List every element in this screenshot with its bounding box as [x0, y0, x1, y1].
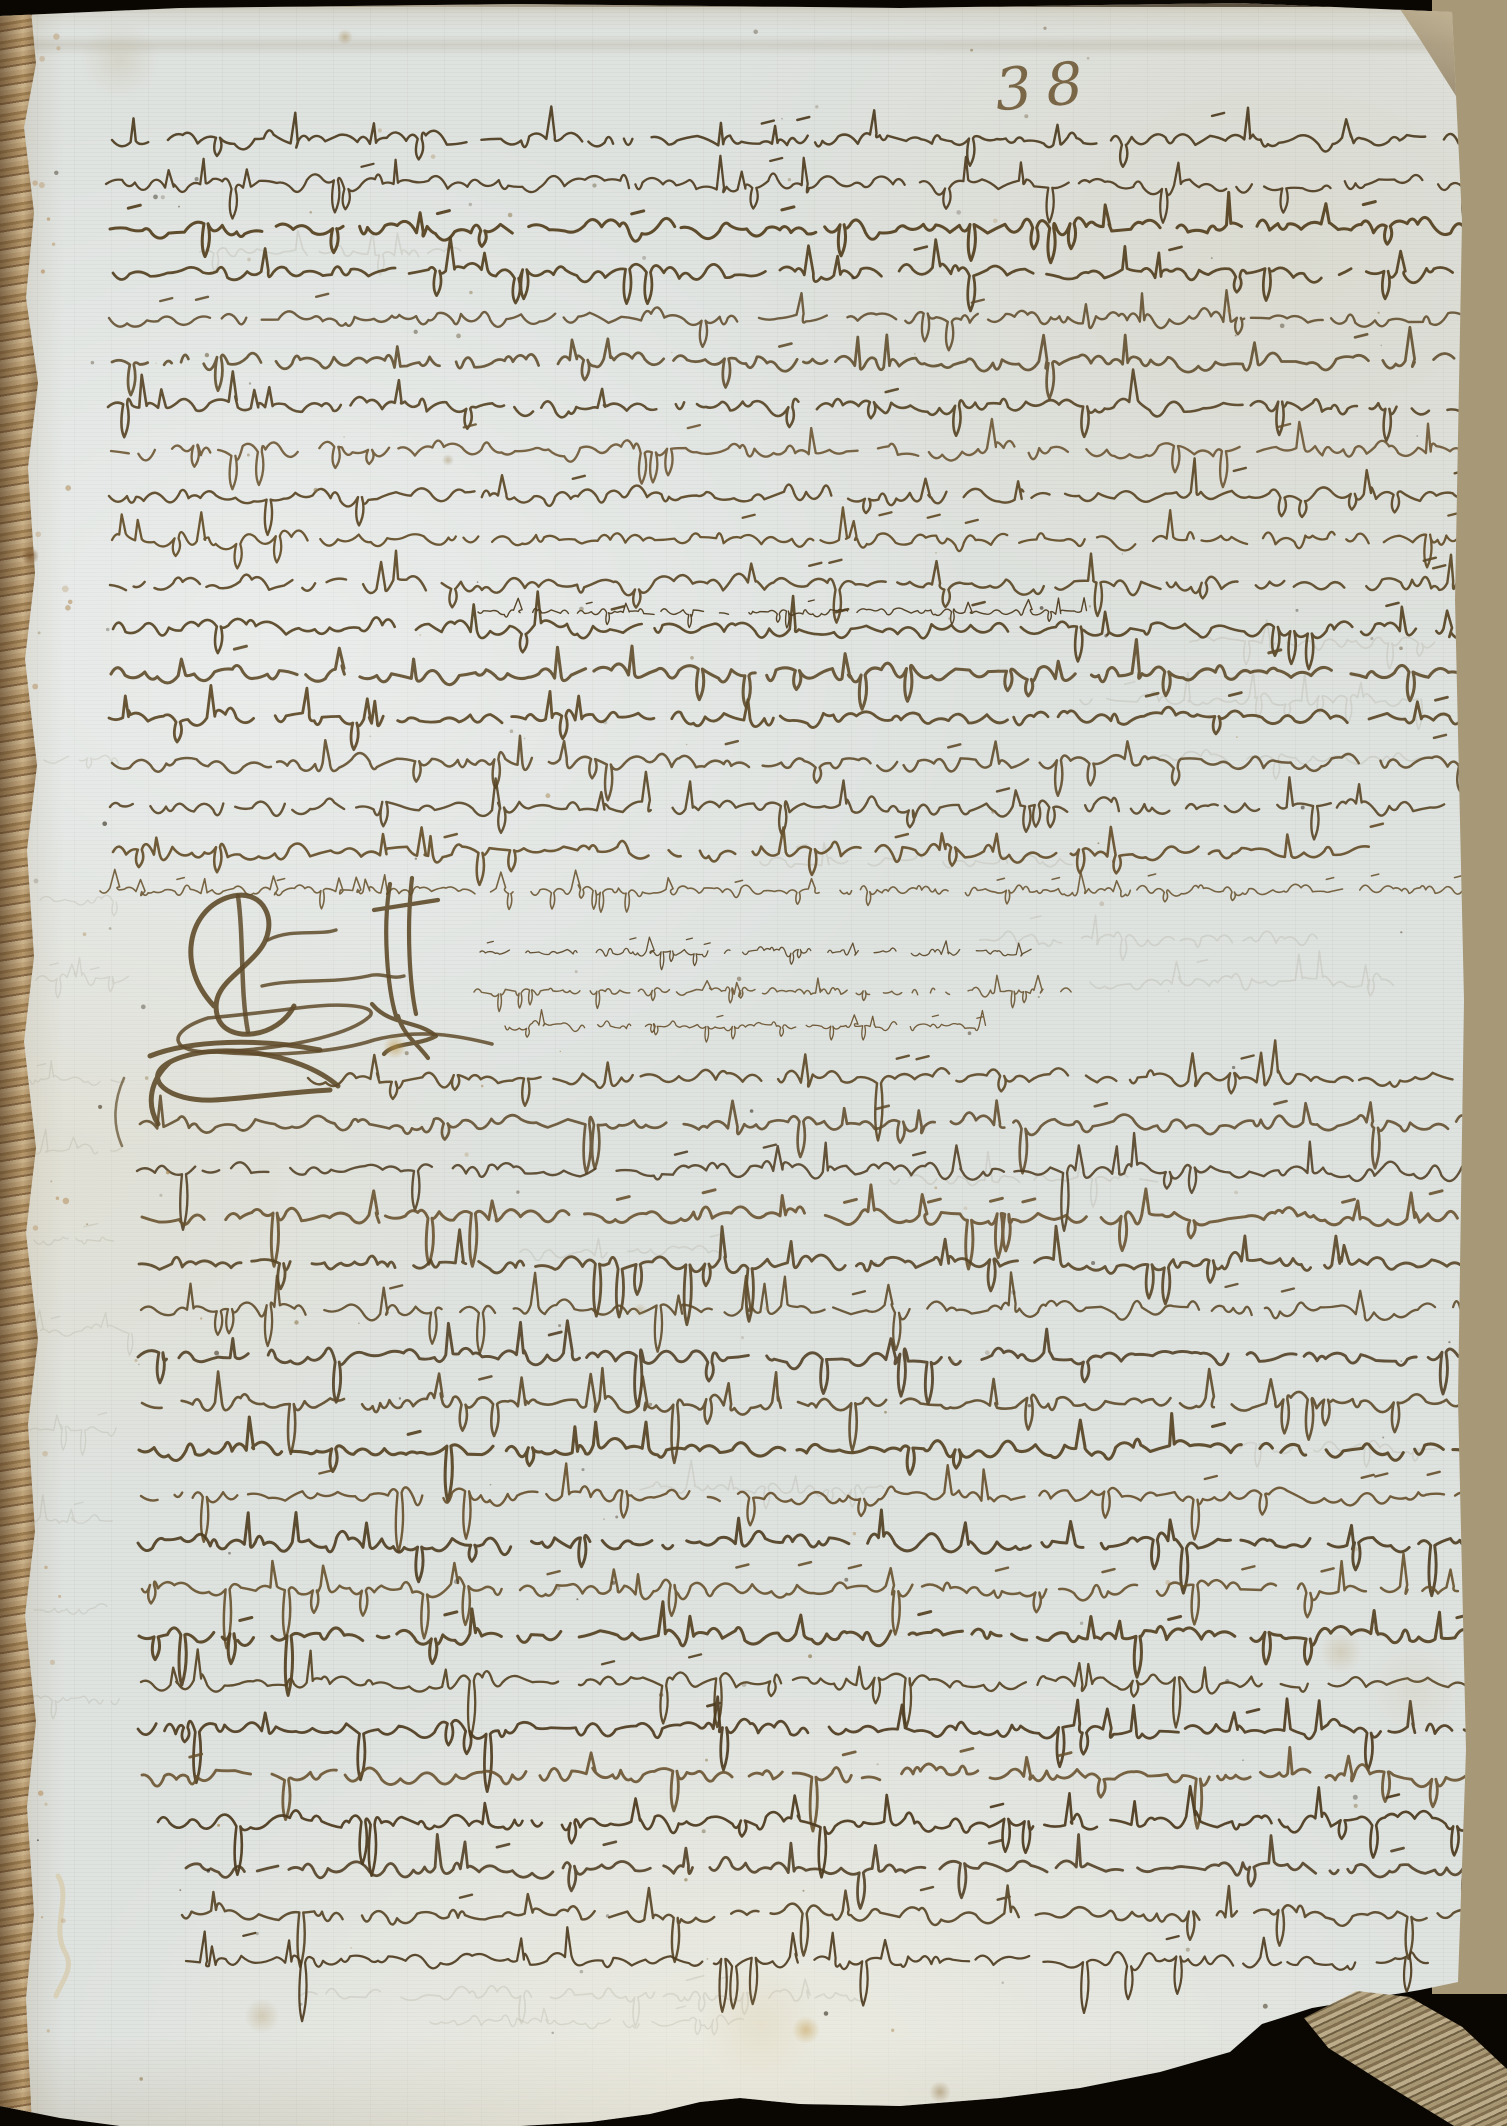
binding-crumbs — [32, 33, 72, 2032]
handwriting-svg — [0, 0, 1507, 2126]
loose-thread — [56, 1876, 68, 1996]
folio-number: 38 — [992, 48, 1099, 125]
ink-writing — [100, 106, 1495, 2021]
manuscript-page: 38 — [0, 0, 1507, 2126]
signature-flourish — [115, 878, 492, 1146]
photo-background: 38 — [0, 0, 1507, 2126]
